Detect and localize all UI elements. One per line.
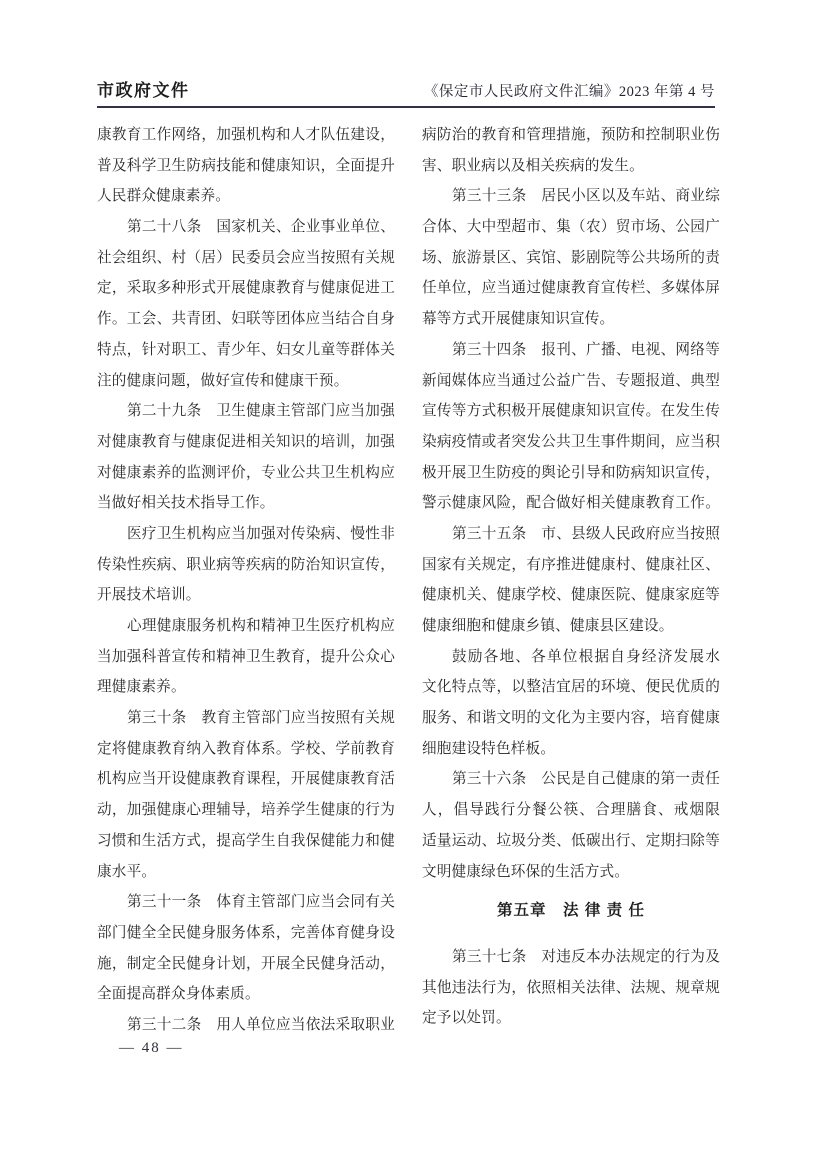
text-line: 新闻媒体应当通过公益广告、专题报道、典型 — [422, 366, 720, 397]
text-line: 国家有关规定，有序推进健康村、健康社区、 — [422, 550, 720, 581]
text-line: 人民群众健康素养。 — [97, 181, 395, 212]
text-line: 第三十六条 公民是自己健康的第一责任 — [422, 764, 720, 795]
text-line: 第二十九条 卫生健康主管部门应当加强 — [97, 396, 395, 427]
text-column-left: 康教育工作网络，加强机构和人才队伍建设，普及科学卫生防病技能和健康知识，全面提升… — [97, 120, 395, 1041]
text-line: 健康机关、健康学校、健康医院、健康家庭等 — [422, 580, 720, 611]
text-line: 当做好相关技术指导工作。 — [97, 488, 395, 519]
text-line: 细胞建设特色样板。 — [422, 734, 720, 765]
text-line: 作。工会、共青团、妇联等团体应当结合自身 — [97, 304, 395, 335]
text-line: 全面提高群众身体素质。 — [97, 979, 395, 1010]
text-line: 普及科学卫生防病技能和健康知识，全面提升 — [97, 151, 395, 182]
text-line: 传染性疾病、职业病等疾病的防治知识宣传， — [97, 550, 395, 581]
text-line: 第三十五条 市、县级人民政府应当按照 — [422, 519, 720, 550]
text-line: 心理健康服务机构和精神卫生医疗机构应 — [97, 611, 395, 642]
text-line: 特点，针对职工、青少年、妇女儿童等群体关 — [97, 335, 395, 366]
text-line: 第三十三条 居民小区以及车站、商业综 — [422, 181, 720, 212]
text-line: 第三十七条 对违反本办法规定的行为及 — [422, 942, 720, 973]
text-column-right: 病防治的教育和管理措施，预防和控制职业伤害、职业病以及相关疾病的发生。第三十三条… — [422, 120, 720, 1034]
text-line: 对健康素养的监测评价，专业公共卫生机构应 — [97, 458, 395, 489]
text-line: 任单位，应当通过健康教育宣传栏、多媒体屏 — [422, 273, 720, 304]
page-number: — 48 — — [119, 1040, 184, 1057]
page-header: 市政府文件 《保定市人民政府文件汇编》2023 年第 4 号 — [97, 76, 715, 108]
text-line: 当加强科普宣传和精神卫生教育，提升公众心 — [97, 642, 395, 673]
text-line: 染病疫情或者突发公共卫生事件期间，应当积 — [422, 427, 720, 458]
text-line: 场、旅游景区、宾馆、影剧院等公共场所的责 — [422, 243, 720, 274]
text-line: 施，制定全民健身计划，开展全民健身活动， — [97, 949, 395, 980]
text-line: 习惯和生活方式，提高学生自我保健能力和健 — [97, 826, 395, 857]
text-line: 文化特点等，以整洁宜居的环境、便民优质的 — [422, 672, 720, 703]
text-line: 第三十条 教育主管部门应当按照有关规 — [97, 703, 395, 734]
text-line: 幕等方式开展健康知识宣传。 — [422, 304, 720, 335]
text-line: 害、职业病以及相关疾病的发生。 — [422, 151, 720, 182]
document-page: 市政府文件 《保定市人民政府文件汇编》2023 年第 4 号 康教育工作网络，加… — [0, 0, 816, 1153]
text-line: 适量运动、垃圾分类、低碳出行、定期扫除等 — [422, 826, 720, 857]
text-line: 社会组织、村（居）民委员会应当按照有关规 — [97, 243, 395, 274]
text-line: 服务、和谐文明的文化为主要内容，培育健康 — [422, 703, 720, 734]
text-line: 其他违法行为，依照相关法律、法规、规章规 — [422, 973, 720, 1004]
text-line: 注的健康问题，做好宣传和健康干预。 — [97, 366, 395, 397]
header-left-title: 市政府文件 — [97, 76, 190, 101]
text-line: 合体、大中型超市、集（农）贸市场、公园广 — [422, 212, 720, 243]
text-line: 对健康教育与健康促进相关知识的培训，加强 — [97, 427, 395, 458]
text-line: 部门健全全民健身服务体系，完善体育健身设 — [97, 918, 395, 949]
text-line: 人，倡导践行分餐公筷、合理膳食、戒烟限酒、 — [422, 795, 720, 826]
text-line: 开展技术培训。 — [97, 580, 395, 611]
text-line: 病防治的教育和管理措施，预防和控制职业伤 — [422, 120, 720, 151]
text-line: 第三十一条 体育主管部门应当会同有关 — [97, 887, 395, 918]
text-line: 康教育工作网络，加强机构和人才队伍建设， — [97, 120, 395, 151]
text-line: 第二十八条 国家机关、企业事业单位、 — [97, 212, 395, 243]
text-line: 第三十二条 用人单位应当依法采取职业 — [97, 1010, 395, 1041]
chapter-heading: 第五章 法 律 责 任 — [422, 896, 720, 927]
text-line: 定将健康教育纳入教育体系。学校、学前教育 — [97, 734, 395, 765]
header-right-title: 《保定市人民政府文件汇编》2023 年第 4 号 — [424, 80, 715, 101]
text-line: 理健康素养。 — [97, 672, 395, 703]
text-line: 定予以处罚。 — [422, 1003, 720, 1034]
text-line: 极开展卫生防疫的舆论引导和防病知识宣传， — [422, 458, 720, 489]
text-line: 健康细胞和健康乡镇、健康县区建设。 — [422, 611, 720, 642]
text-line: 鼓励各地、各单位根据自身经济发展水平、 — [422, 642, 720, 673]
text-line: 宣传等方式积极开展健康知识宣传。在发生传 — [422, 396, 720, 427]
text-line: 机构应当开设健康教育课程，开展健康教育活 — [97, 764, 395, 795]
text-line: 医疗卫生机构应当加强对传染病、慢性非 — [97, 519, 395, 550]
text-line: 定，采取多种形式开展健康教育与健康促进工 — [97, 273, 395, 304]
text-line: 动，加强健康心理辅导，培养学生健康的行为 — [97, 795, 395, 826]
text-line: 第三十四条 报刊、广播、电视、网络等 — [422, 335, 720, 366]
text-line: 文明健康绿色环保的生活方式。 — [422, 857, 720, 888]
text-line: 康水平。 — [97, 857, 395, 888]
text-line: 警示健康风险，配合做好相关健康教育工作。 — [422, 488, 720, 519]
